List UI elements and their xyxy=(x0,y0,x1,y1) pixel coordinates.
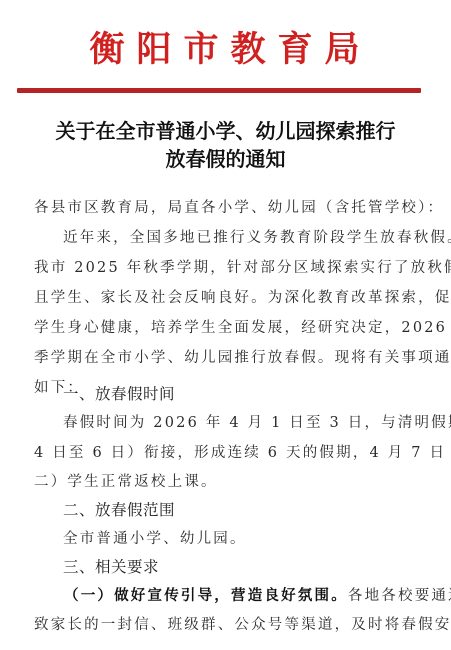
masthead-red-rule xyxy=(17,88,421,93)
subsection-text: 各地各校要通过 xyxy=(348,588,451,604)
intro-line: 且学生、家长及社会反响良好。为深化教育改革探索，促进 xyxy=(34,288,451,308)
subsection-bold-lead: （一）做好宣传引导，营造良好氛围。 xyxy=(64,587,348,604)
salutation: 各县市区教育局，局直各小学、幼儿园（含托管学校）： xyxy=(34,198,444,218)
section-line: 春假时间为 2026 年 4 月 1 日至 3 日，与清明假期（4 月 xyxy=(63,413,451,433)
section-line: 全市普通小学、幼儿园。 xyxy=(63,529,247,549)
intro-line: 近年来，全国多地已推行义务教育阶段学生放春秋假。 xyxy=(63,228,451,248)
section-heading: 二、放春假范围 xyxy=(63,500,175,520)
subsection-line: 致家长的一封信、班级群、公众号等渠道，及时将春假安排 xyxy=(34,615,451,635)
document-title-line-1: 关于在全市普通小学、幼儿园探索推行 xyxy=(0,115,451,144)
subsection-line: （一）做好宣传引导，营造良好氛围。各地各校要通过 xyxy=(64,586,451,606)
document-title-line-2: 放春假的通知 xyxy=(0,143,451,172)
masthead-org-name: 衡阳市教育局 xyxy=(0,28,451,72)
section-heading: 一、放春假时间 xyxy=(63,384,175,404)
intro-line: 我市 2025 年秋季学期，针对部分区域探索实行了放秋假， xyxy=(34,258,451,278)
intro-line: 学生身心健康，培养学生全面发展，经研究决定，2026 年春 xyxy=(34,318,451,338)
intro-line: 季学期在全市小学、幼儿园推行放春假。现将有关事项通知 xyxy=(34,348,451,368)
section-heading: 三、相关要求 xyxy=(63,557,159,577)
section-line: 4 日至 6 日）衔接，形成连续 6 天的假期，4 月 7 日（星期 xyxy=(34,443,451,463)
section-line: 二）学生正常返校上课。 xyxy=(34,472,218,492)
